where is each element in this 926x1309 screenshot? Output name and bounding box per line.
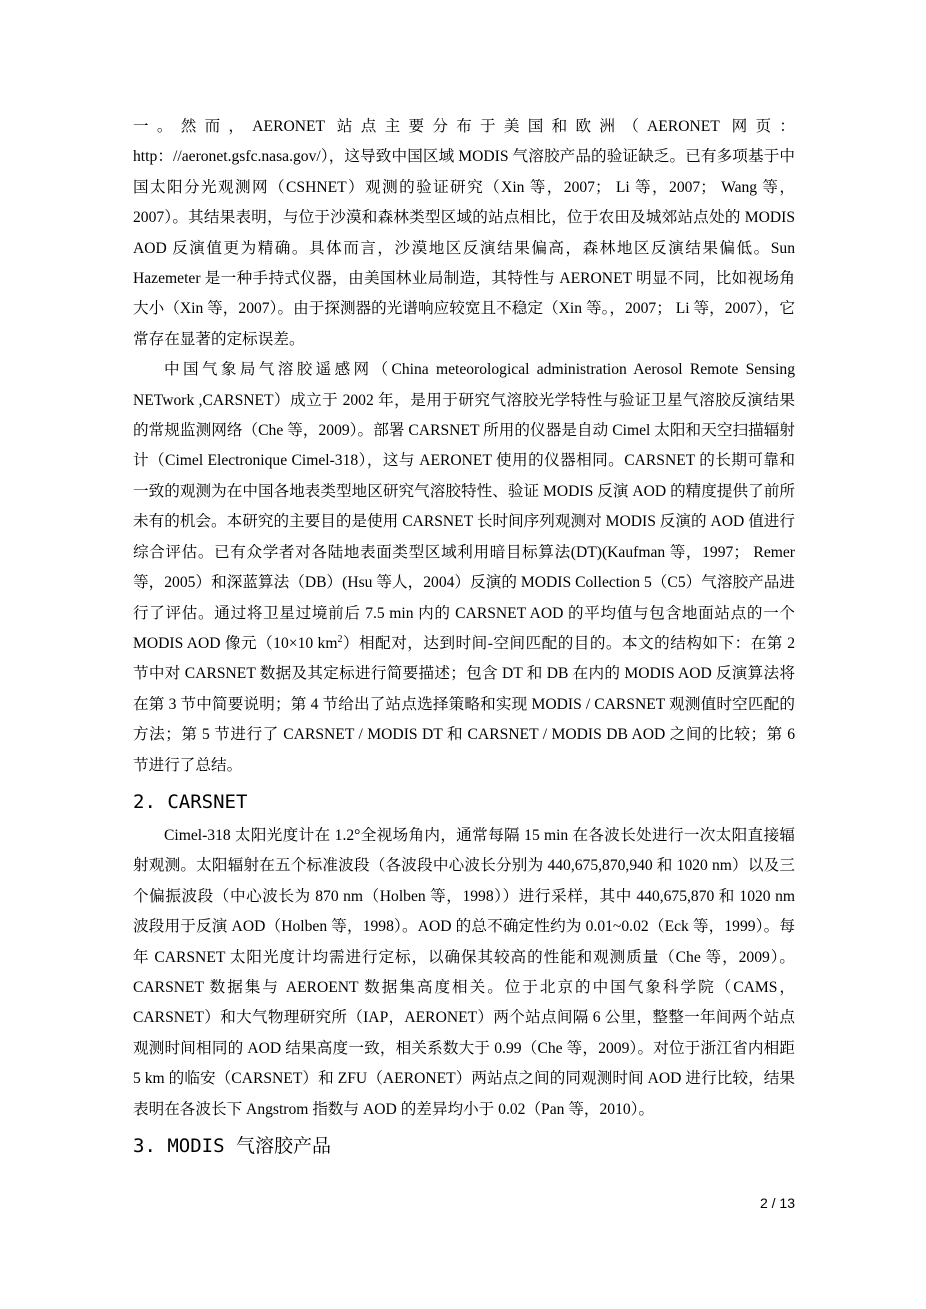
page-number: 2 / 13 [760, 1195, 795, 1211]
paragraph-carsnet-overview: 中国气象局气溶胶遥感网（China meteorological adminis… [133, 355, 795, 781]
section-heading-modis-aerosol: 3. MODIS 气溶胶产品 [133, 1131, 795, 1161]
paragraph-cimel-description: Cimel-318 太阳光度计在 1.2°全视场角内，通常每隔 15 min 在… [133, 821, 795, 1125]
paragraph-text: 一。然而，AERONET 站点主要分布于美国和欧洲（AERONET 网页：htt… [133, 118, 795, 348]
paragraph-aeronet-intro: 一。然而，AERONET 站点主要分布于美国和欧洲（AERONET 网页：htt… [133, 112, 795, 355]
section-heading-carsnet: 2. CARSNET [133, 787, 795, 817]
document-page: 一。然而，AERONET 站点主要分布于美国和欧洲（AERONET 网页：htt… [133, 112, 795, 1161]
paragraph-text-continued: ）相配对，达到时间-空间匹配的目的。本文的结构如下：在第 2 节中对 CARSN… [133, 635, 795, 774]
paragraph-text: 中国气象局气溶胶遥感网（China meteorological adminis… [133, 361, 795, 652]
